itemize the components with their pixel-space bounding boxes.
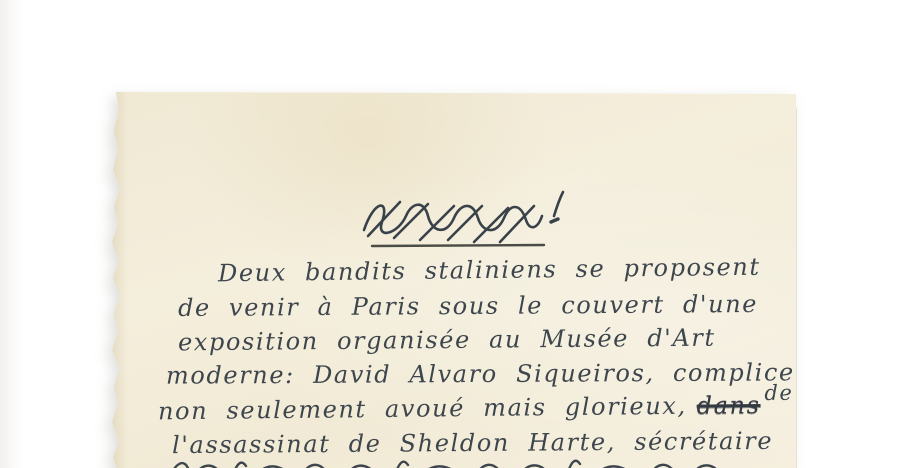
line-text: l'assassinat de Sheldon Harte, sécrétair…: [172, 427, 773, 459]
scribbled-title: [358, 188, 578, 252]
manuscript-page: Deux bandits staliniens se proposent de …: [106, 92, 796, 468]
manuscript-line-3: exposition organisée au Musée d'Art: [178, 324, 716, 357]
inserted-word-above-line: de: [764, 381, 793, 405]
partial-line-strokes: [164, 456, 764, 468]
manuscript-line-6: l'assassinat de Sheldon Harte, sécrétair…: [172, 427, 773, 459]
manuscript-line-5: non seulement avoué mais glorieux,dansde: [158, 391, 794, 426]
manuscript-line-1: Deux bandits staliniens se proposent: [218, 253, 761, 288]
line-text: exposition organisée au Musée d'Art: [178, 324, 716, 357]
manuscript-line-4: moderne: David Alvaro Siqueiros, complic…: [166, 358, 795, 389]
crossed-out-word: dans: [697, 391, 761, 420]
line-text: non seulement avoué mais glorieux,: [158, 392, 687, 426]
line-text: moderne: David Alvaro Siqueiros, complic…: [166, 358, 795, 389]
line-text: de venir à Paris sous le couvert d'une: [178, 290, 758, 322]
line-text: Deux bandits staliniens se proposent: [218, 253, 761, 288]
paper-sheet: Deux bandits staliniens se proposent de …: [106, 92, 796, 468]
title-underline: [372, 245, 544, 246]
manuscript-photo: Deux bandits staliniens se proposent de …: [0, 0, 900, 468]
manuscript-line-2: de venir à Paris sous le couvert d'une: [178, 290, 758, 322]
